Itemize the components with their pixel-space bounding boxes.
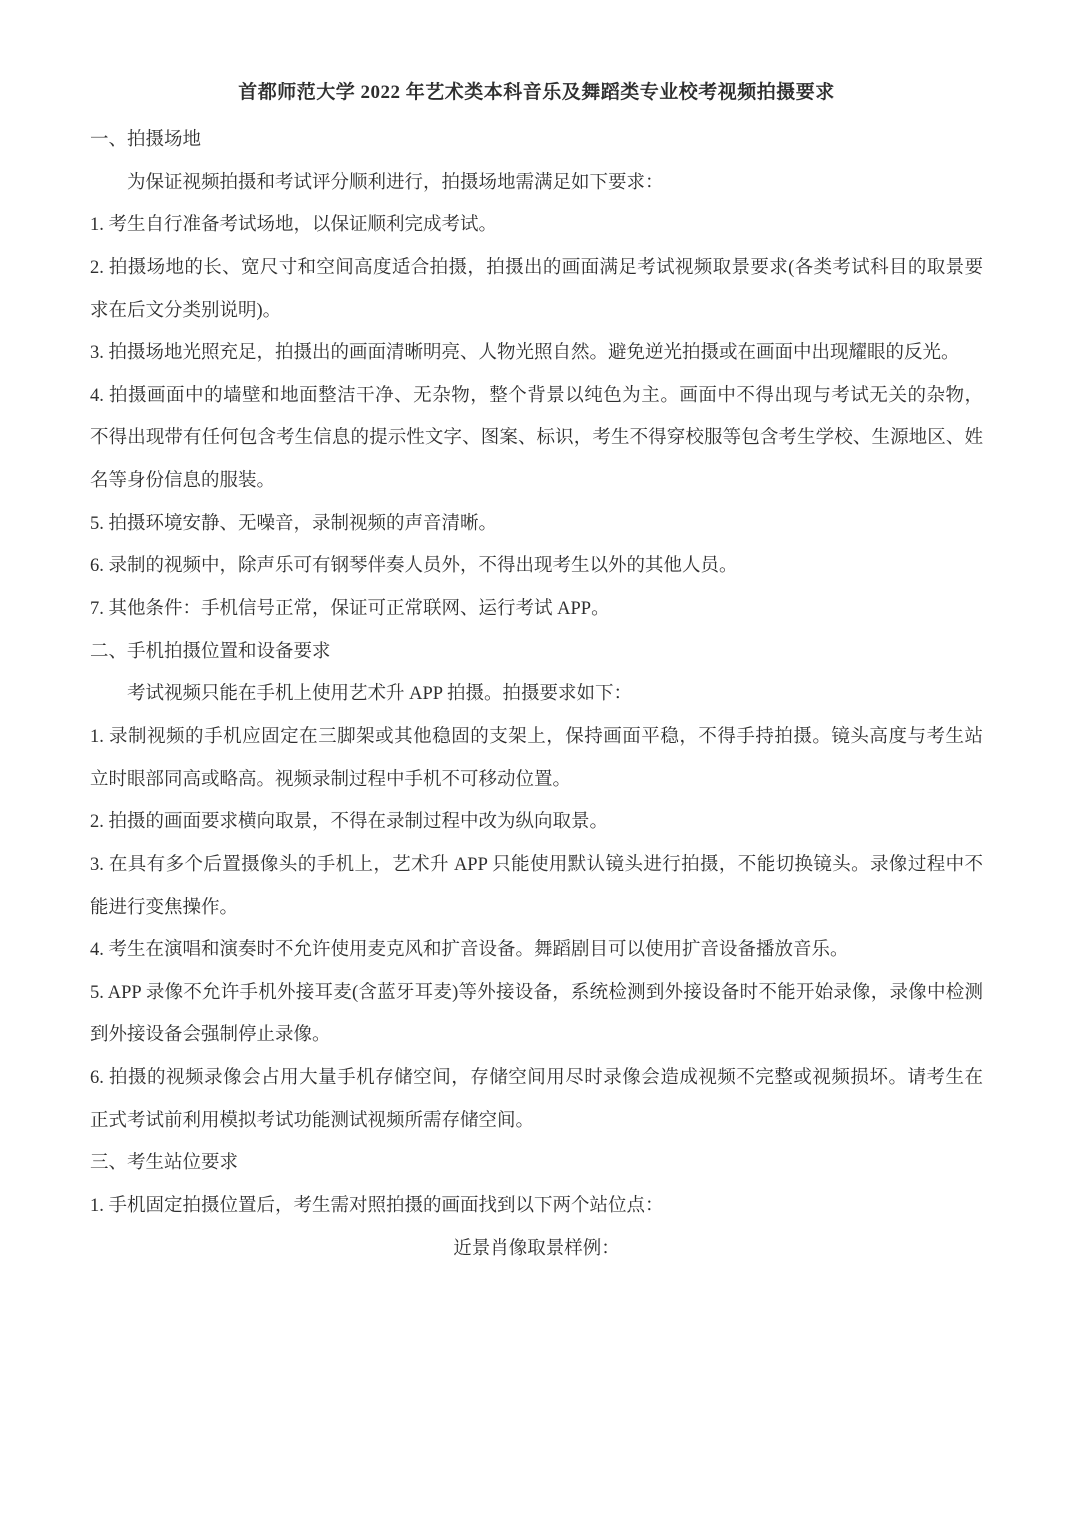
paragraph: 6. 拍摄的视频录像会占用大量手机存储空间，存储空间用尽时录像会造成视频不完整或… bbox=[90, 1057, 983, 1142]
document-body: 一、拍摄场地为保证视频拍摄和考试评分顺利进行，拍摄场地需满足如下要求：1. 考生… bbox=[90, 119, 983, 1270]
text-line: 名等身份信息的服装。 bbox=[90, 460, 983, 503]
document-title: 首都师范大学 2022 年艺术类本科音乐及舞蹈类专业校考视频拍摄要求 bbox=[90, 71, 983, 114]
text-line: 4. 考生在演唱和演奏时不允许使用麦克风和扩音设备。舞蹈剧目可以使用扩音设备播放… bbox=[90, 929, 983, 972]
paragraph: 2. 拍摄的画面要求横向取景，不得在录制过程中改为纵向取景。 bbox=[90, 801, 983, 844]
centered-caption: 近景肖像取景样例： bbox=[90, 1228, 983, 1271]
text-line: 6. 录制的视频中，除声乐可有钢琴伴奏人员外，不得出现考生以外的其他人员。 bbox=[90, 545, 983, 588]
text-line: 5. 拍摄环境安静、无噪音，录制视频的声音清晰。 bbox=[90, 503, 983, 546]
paragraph: 6. 录制的视频中，除声乐可有钢琴伴奏人员外，不得出现考生以外的其他人员。 bbox=[90, 545, 983, 588]
paragraph: 为保证视频拍摄和考试评分顺利进行，拍摄场地需满足如下要求： bbox=[90, 162, 983, 205]
paragraph: 1. 手机固定拍摄位置后，考生需对照拍摄的画面找到以下两个站位点： bbox=[90, 1185, 983, 1228]
paragraph: 7. 其他条件：手机信号正常，保证可正常联网、运行考试 APP。 bbox=[90, 588, 983, 631]
paragraph: 4. 拍摄画面中的墙壁和地面整洁干净、无杂物，整个背景以纯色为主。画面中不得出现… bbox=[90, 375, 983, 503]
paragraph: 1. 录制视频的手机应固定在三脚架或其他稳固的支架上，保持画面平稳，不得手持拍摄… bbox=[90, 716, 983, 801]
paragraph: 4. 考生在演唱和演奏时不允许使用麦克风和扩音设备。舞蹈剧目可以使用扩音设备播放… bbox=[90, 929, 983, 972]
text-line: 能进行变焦操作。 bbox=[90, 887, 983, 930]
paragraph: 1. 考生自行准备考试场地，以保证顺利完成考试。 bbox=[90, 204, 983, 247]
paragraph: 3. 拍摄场地光照充足，拍摄出的画面清晰明亮、人物光照自然。避免逆光拍摄或在画面… bbox=[90, 332, 983, 375]
document-page: 首都师范大学 2022 年艺术类本科音乐及舞蹈类专业校考视频拍摄要求 一、拍摄场… bbox=[0, 0, 1080, 1527]
text-line: 正式考试前利用模拟考试功能测试视频所需存储空间。 bbox=[90, 1100, 983, 1143]
text-line: 立时眼部同高或略高。视频录制过程中手机不可移动位置。 bbox=[90, 759, 983, 802]
text-line: 考试视频只能在手机上使用艺术升 APP 拍摄。拍摄要求如下： bbox=[90, 673, 983, 716]
text-line: 2. 拍摄的画面要求横向取景，不得在录制过程中改为纵向取景。 bbox=[90, 801, 983, 844]
paragraph: 2. 拍摄场地的长、宽尺寸和空间高度适合拍摄，拍摄出的画面满足考试视频取景要求(… bbox=[90, 247, 983, 332]
text-line: 为保证视频拍摄和考试评分顺利进行，拍摄场地需满足如下要求： bbox=[90, 162, 983, 205]
paragraph: 考试视频只能在手机上使用艺术升 APP 拍摄。拍摄要求如下： bbox=[90, 673, 983, 716]
text-line: 3. 拍摄场地光照充足，拍摄出的画面清晰明亮、人物光照自然。避免逆光拍摄或在画面… bbox=[90, 332, 983, 375]
section-heading: 一、拍摄场地 bbox=[90, 119, 983, 162]
text-line: 5. APP 录像不允许手机外接耳麦(含蓝牙耳麦)等外接设备，系统检测到外接设备… bbox=[90, 972, 983, 1015]
text-line: 不得出现带有任何包含考生信息的提示性文字、图案、标识，考生不得穿校服等包含考生学… bbox=[90, 417, 983, 460]
text-line: 求在后文分类别说明)。 bbox=[90, 290, 983, 333]
text-line: 7. 其他条件：手机信号正常，保证可正常联网、运行考试 APP。 bbox=[90, 588, 983, 631]
text-line: 1. 手机固定拍摄位置后，考生需对照拍摄的画面找到以下两个站位点： bbox=[90, 1185, 983, 1228]
paragraph: 5. APP 录像不允许手机外接耳麦(含蓝牙耳麦)等外接设备，系统检测到外接设备… bbox=[90, 972, 983, 1057]
section-heading: 三、考生站位要求 bbox=[90, 1142, 983, 1185]
paragraph: 3. 在具有多个后置摄像头的手机上，艺术升 APP 只能使用默认镜头进行拍摄，不… bbox=[90, 844, 983, 929]
text-line: 4. 拍摄画面中的墙壁和地面整洁干净、无杂物，整个背景以纯色为主。画面中不得出现… bbox=[90, 375, 983, 418]
text-line: 3. 在具有多个后置摄像头的手机上，艺术升 APP 只能使用默认镜头进行拍摄，不… bbox=[90, 844, 983, 887]
text-line: 2. 拍摄场地的长、宽尺寸和空间高度适合拍摄，拍摄出的画面满足考试视频取景要求(… bbox=[90, 247, 983, 290]
text-line: 1. 录制视频的手机应固定在三脚架或其他稳固的支架上，保持画面平稳，不得手持拍摄… bbox=[90, 716, 983, 759]
text-line: 1. 考生自行准备考试场地，以保证顺利完成考试。 bbox=[90, 204, 983, 247]
text-line: 6. 拍摄的视频录像会占用大量手机存储空间，存储空间用尽时录像会造成视频不完整或… bbox=[90, 1057, 983, 1100]
section-heading: 二、手机拍摄位置和设备要求 bbox=[90, 631, 983, 674]
paragraph: 5. 拍摄环境安静、无噪音，录制视频的声音清晰。 bbox=[90, 503, 983, 546]
text-line: 到外接设备会强制停止录像。 bbox=[90, 1014, 983, 1057]
